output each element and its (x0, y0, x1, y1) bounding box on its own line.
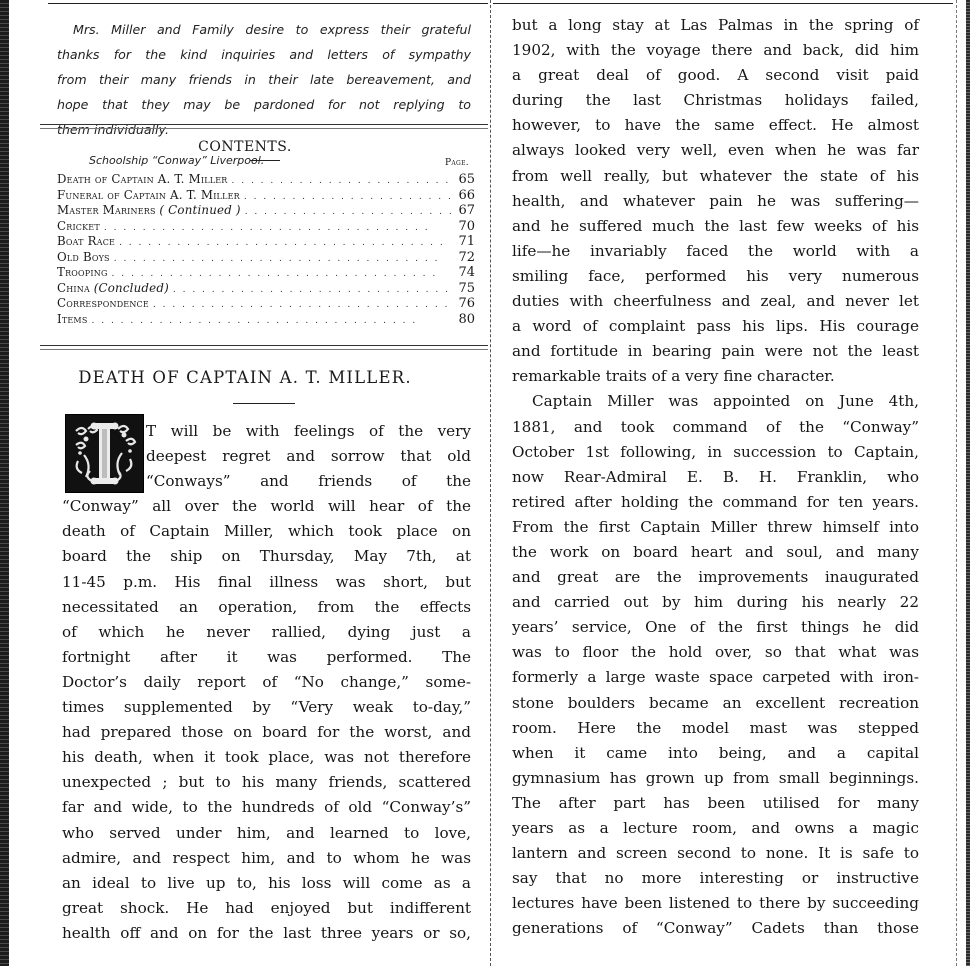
contents-item-title: Old Boys (57, 250, 110, 264)
notice-line: from their many friends in their late be… (57, 72, 471, 97)
text-line: always looked very well, even when he wa… (512, 138, 919, 163)
text-line: fortnight after it was performed. The (62, 645, 471, 670)
text-line: from well really, but whatever the state… (512, 164, 919, 189)
text-line: who served under him, and learned to lov… (62, 821, 471, 846)
text-line: gymnasium has grown up from small beginn… (512, 766, 919, 791)
contents-item-title: Trooping (57, 265, 108, 279)
contents-title: CONTENTS. (0, 139, 490, 155)
text-line: years’ service, One of the first things … (512, 615, 919, 640)
contents-item-page: 74 (455, 265, 475, 280)
text-line: when it came into being, and a capital (512, 741, 919, 766)
text-line: deepest regret and sorrow that old (62, 444, 471, 469)
column-divider (490, 0, 491, 966)
text-line: far and wide, to the hundreds of old “Co… (62, 795, 471, 820)
contents-item-title: Items (57, 312, 88, 326)
text-line: was to floor the hold over, so that what… (512, 640, 919, 665)
leader-dots: . . . . . . . . . . . . . . . . . . . . … (100, 223, 455, 233)
text-line: October 1st following, in succession to … (512, 440, 919, 465)
text-line: Captain Miller was appointed on June 4th… (512, 389, 919, 414)
text-line: board the ship on Thursday, May 7th, at (62, 544, 471, 569)
text-line: times supplemented by “Very weak to-day,… (62, 695, 471, 720)
contents-item-page: 71 (455, 234, 475, 249)
leader-dots: . . . . . . . . . . . . . . . . . . . . … (241, 207, 455, 217)
article-body-right-column: but a long stay at Las Palmas in the spr… (512, 13, 919, 941)
contents-item[interactable]: Correspondence . . . . . . . . . . . . .… (57, 296, 475, 312)
leader-dots: . . . . . . . . . . . . . . . . . . . . … (108, 269, 455, 279)
right-margin-rule (956, 0, 957, 966)
text-line: duties with cheerfulness and zeal, and n… (512, 289, 919, 314)
text-line: during the last Christmas holidays faile… (512, 88, 919, 113)
text-line: retired after holding the command for te… (512, 490, 919, 515)
contents-item-page: 66 (455, 188, 475, 203)
notice-bottom-rule (40, 124, 488, 129)
contents-item-page: 72 (455, 250, 475, 265)
contents-item-page: 65 (455, 172, 475, 187)
leader-dots: . . . . . . . . . . . . . . . . . . . . … (88, 316, 455, 326)
notice-line: thanks for the kind inquiries and letter… (57, 47, 471, 72)
contents-item[interactable]: Cricket . . . . . . . . . . . . . . . . … (57, 219, 475, 235)
text-line: The after part has been utilised for man… (512, 791, 919, 816)
text-line: had prepared those on board for the wors… (62, 720, 471, 745)
text-line: a great deal of good. A second visit pai… (512, 63, 919, 88)
contents-item[interactable]: Items . . . . . . . . . . . . . . . . . … (57, 312, 475, 328)
text-line: however, to have the same effect. He alm… (512, 113, 919, 138)
text-line: unexpected ; but to his many friends, sc… (62, 770, 471, 795)
contents-item-page: 76 (455, 296, 475, 311)
contents-item-title: Funeral of Captain A. T. Miller (57, 188, 240, 202)
contents-item-title: Cricket (57, 219, 100, 233)
contents-item-note: (Concluded) (94, 281, 169, 295)
scan-binding-edge-right (966, 0, 970, 966)
text-line: T will be with feelings of the very (62, 419, 471, 444)
text-line: of which he never rallied, dying just a (62, 620, 471, 645)
contents-item[interactable]: Boat Race . . . . . . . . . . . . . . . … (57, 234, 475, 250)
text-line: now Rear-Admiral E. B. H. Franklin, who (512, 465, 919, 490)
top-rule-right (493, 3, 953, 4)
contents-item[interactable]: Death of Captain A. T. Miller . . . . . … (57, 172, 475, 188)
article-title: DEATH OF CAPTAIN A. T. MILLER. (0, 368, 490, 387)
text-line: and carried out by him during his nearly… (512, 590, 919, 615)
text-line: necessitated an operation, from the effe… (62, 595, 471, 620)
leader-dots: . . . . . . . . . . . . . . . . . . . . … (149, 300, 455, 310)
text-line: say that no more interesting or instruct… (512, 866, 919, 891)
contents-item[interactable]: Funeral of Captain A. T. Miller . . . . … (57, 188, 475, 204)
contents-item-title: Boat Race (57, 234, 115, 248)
notice-line: Mrs. Miller and Family desire to express… (57, 22, 471, 47)
leader-dots: . . . . . . . . . . . . . . . . . . . . … (110, 254, 455, 264)
contents-item[interactable]: Master Mariners ( Continued ) . . . . . … (57, 203, 475, 219)
contents-item-title: Death of Captain A. T. Miller (57, 172, 228, 186)
text-line: 11-45 p.m. His final illness was short, … (62, 570, 471, 595)
text-line: death of Captain Miller, which took plac… (62, 519, 471, 544)
contents-item[interactable]: Old Boys . . . . . . . . . . . . . . . .… (57, 250, 475, 266)
contents-list: Death of Captain A. T. Miller . . . . . … (57, 172, 475, 327)
text-line: 1902, with the voyage there and back, di… (512, 38, 919, 63)
contents-bottom-rule (40, 345, 488, 350)
notice-line: hope that they may be pardoned for not r… (57, 97, 471, 122)
text-line: and he suffered much the last few weeks … (512, 214, 919, 239)
leader-dots: . . . . . . . . . . . . . . . . . . . . … (228, 176, 455, 186)
text-line: a word of complaint pass his lips. His c… (512, 314, 919, 339)
text-line: “Conways” and friends of the (62, 469, 471, 494)
text-line: and great are the improvements inaugurat… (512, 565, 919, 590)
text-line: health, and whatever pain he was sufferi… (512, 189, 919, 214)
article-title-rule (233, 403, 295, 404)
article-body-left-column: T will be with feelings of the very deep… (62, 419, 471, 946)
leader-dots: . . . . . . . . . . . . . . . . . . . . … (169, 285, 455, 295)
text-line: an ideal to live up to, his loss will co… (62, 871, 471, 896)
contents-item-title: Correspondence (57, 296, 149, 310)
contents-item[interactable]: Trooping . . . . . . . . . . . . . . . .… (57, 265, 475, 281)
contents-item-title: China (57, 281, 90, 295)
text-line: generations of “Conway” Cadets than thos… (512, 916, 919, 941)
text-line: life—he invariably faced the world with … (512, 239, 919, 264)
notice-signature: Schoolship “Conway” Liverpool. (57, 153, 471, 169)
text-line: admire, and respect him, and to whom he … (62, 846, 471, 871)
contents-item-page: 70 (455, 219, 475, 234)
text-line: 1881, and took command of the “Conway” (512, 415, 919, 440)
leader-dots: . . . . . . . . . . . . . . . . . . . . … (115, 238, 455, 248)
contents-item[interactable]: China (Concluded) . . . . . . . . . . . … (57, 281, 475, 297)
text-line: his death, when it took place, was not t… (62, 745, 471, 770)
contents-item-note: ( Continued ) (159, 203, 240, 217)
text-line: From the first Captain Miller threw hims… (512, 515, 919, 540)
text-line: great shock. He had enjoyed but indiffer… (62, 896, 471, 921)
top-rule-left (48, 3, 488, 4)
text-line: room. Here the model mast was stepped (512, 716, 919, 741)
text-line: the work on board heart and soul, and ma… (512, 540, 919, 565)
text-line: lectures have been listened to there by … (512, 891, 919, 916)
text-line: lantern and screen second to none. It is… (512, 841, 919, 866)
leader-dots: . . . . . . . . . . . . . . . . . . . . … (240, 192, 455, 202)
text-line: and fortitude in bearing pain were not t… (512, 339, 919, 364)
text-line: years as a lecture room, and owns a magi… (512, 816, 919, 841)
text-line: but a long stay at Las Palmas in the spr… (512, 13, 919, 38)
text-line: Doctor’s daily report of “No change,” so… (62, 670, 471, 695)
text-line: formerly a large waste space carpeted wi… (512, 665, 919, 690)
text-line: “Conway” all over the world will hear of… (62, 494, 471, 519)
contents-page-header: Page. (445, 158, 469, 168)
contents-title-rule (250, 160, 280, 161)
text-line: health off and on for the last three yea… (62, 921, 471, 946)
contents-item-page: 75 (455, 281, 475, 296)
contents-item-title: Master Mariners (57, 203, 156, 217)
text-line: smiling face, performed his very numerou… (512, 264, 919, 289)
text-line: stone boulders became an excellent recre… (512, 691, 919, 716)
contents-item-page: 67 (455, 203, 475, 218)
text-line: remarkable traits of a very fine charact… (512, 364, 919, 389)
contents-item-page: 80 (455, 312, 475, 327)
